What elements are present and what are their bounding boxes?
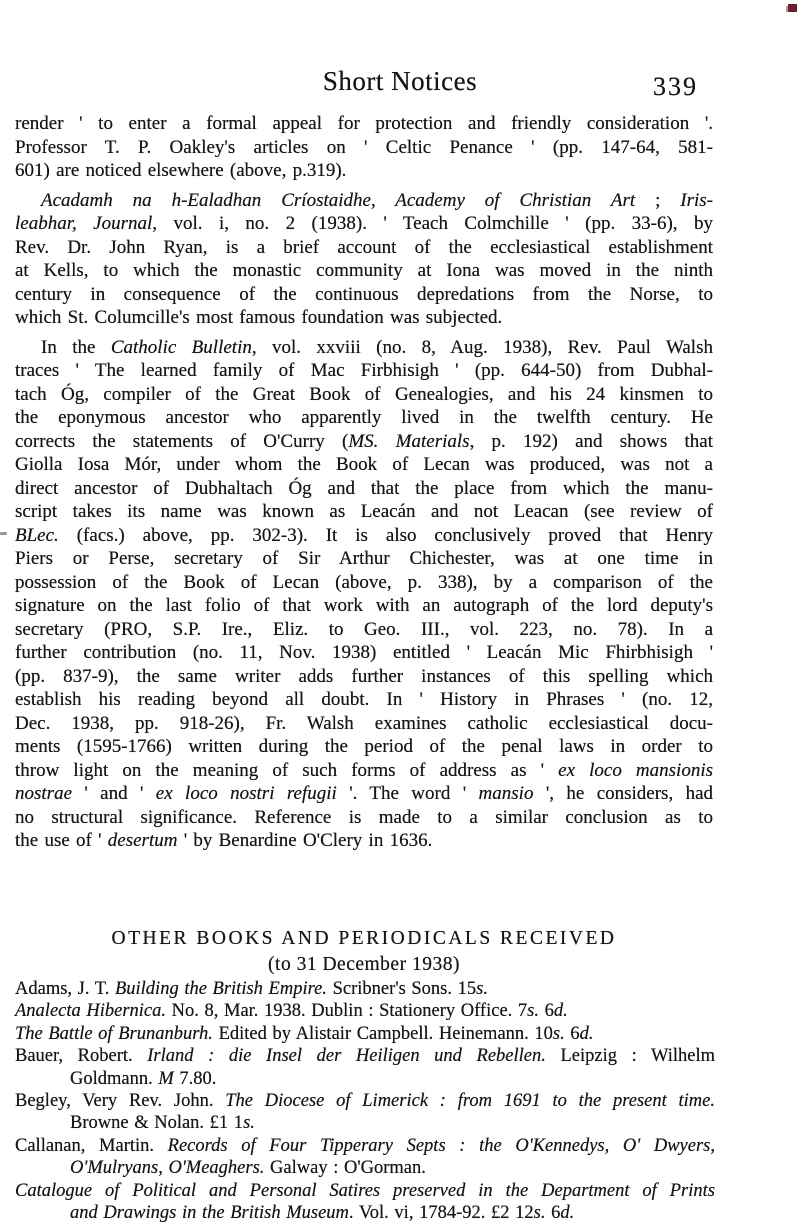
text-segment: . Vol. vi, 1784-92. £2 12 xyxy=(349,1203,534,1223)
text-line: (pp. 837-9), the same writer adds furthe… xyxy=(15,665,713,689)
text-segment: Galway : O'Gorman. xyxy=(264,1158,426,1178)
text-segment: ' and ' xyxy=(72,783,156,804)
text-segment: 601) are noticed elsewhere (above, p.319… xyxy=(15,160,346,181)
text-segment: further contribution (no. 11, Nov. 1938)… xyxy=(15,642,713,663)
text-line: Catalogue of Political and Personal Sati… xyxy=(15,1180,715,1202)
text-line: Browne & Nolan. £1 1s. xyxy=(15,1112,715,1134)
received-subheading: (to 31 December 1938) xyxy=(15,952,713,977)
text-line: Goldmann. M 7.80. xyxy=(15,1068,715,1090)
text-segment: century in consequence of the continuous… xyxy=(15,284,713,305)
text-line: which St. Columcille's most famous found… xyxy=(15,306,713,330)
italic-text-segment: The Diocese of Limerick : from 1691 to t… xyxy=(225,1091,715,1111)
text-segment: ' by Benardine O'Clery in 1636. xyxy=(177,830,432,851)
text-segment: Giolla Iosa Mór, under whom the Book of … xyxy=(15,454,713,475)
text-segment: signature on the last folio of that work… xyxy=(15,595,713,616)
italic-text-segment: nostrae xyxy=(15,783,72,804)
text-segment: no structural significance. Reference is… xyxy=(15,807,713,828)
italic-text-segment: s. xyxy=(534,1203,546,1223)
italic-text-segment: s. xyxy=(527,1001,539,1021)
text-line: Adams, J. T. Building the British Empire… xyxy=(15,978,715,1000)
body-paragraphs: render ' to enter a formal appeal for pr… xyxy=(15,112,713,853)
text-segment: Browne & Nolan. £1 1 xyxy=(70,1113,243,1133)
text-segment: Begley, Very Rev. John. xyxy=(15,1091,225,1111)
text-line: Callanan, Martin. Records of Four Tipper… xyxy=(15,1135,715,1157)
italic-text-segment: s. xyxy=(553,1024,565,1044)
text-line: further contribution (no. 11, Nov. 1938)… xyxy=(15,641,713,665)
paragraph: Acadamh na h-Ealadhan Críostaidhe, Acade… xyxy=(15,189,713,330)
text-line: 601) are noticed elsewhere (above, p.319… xyxy=(15,159,713,183)
text-segment: 6 xyxy=(545,1203,560,1223)
italic-text-segment: mansio xyxy=(479,783,534,804)
text-segment: secretary (PRO, S.P. Ire., Eliz. to Geo.… xyxy=(15,619,713,640)
text-line: Bauer, Robert. Irland : die Insel der He… xyxy=(15,1045,715,1067)
text-line: secretary (PRO, S.P. Ire., Eliz. to Geo.… xyxy=(15,618,713,642)
bib-entry: Begley, Very Rev. John. The Diocese of L… xyxy=(15,1090,715,1135)
text-line: the eponymous ancestor who apparently li… xyxy=(15,406,713,430)
text-line: In the Catholic Bulletin, vol. xxviii (n… xyxy=(15,336,713,360)
text-segment: Piers or Perse, secretary of Sir Arthur … xyxy=(15,548,713,569)
text-line: Giolla Iosa Mór, under whom the Book of … xyxy=(15,453,713,477)
text-segment: traces ' The learned family of Mac Firbh… xyxy=(15,360,713,381)
text-line: direct ancestor of Dubhaltach Óg and tha… xyxy=(15,477,713,501)
text-segment: (facs.) above, pp. 302-3). It is also co… xyxy=(59,525,713,546)
text-line: leabhar, Journal, vol. i, no. 2 (1938). … xyxy=(15,212,713,236)
text-line: at Kells, to which the monastic communit… xyxy=(15,259,713,283)
italic-text-segment: The Battle of Brunanburh. xyxy=(15,1024,213,1044)
bib-entry: Catalogue of Political and Personal Sati… xyxy=(15,1180,715,1225)
italic-text-segment: desertum xyxy=(108,830,178,851)
italic-text-segment: MS. Materials xyxy=(348,431,469,452)
text-line: the use of ' desertum ' by Benardine O'C… xyxy=(15,829,713,853)
text-line: establish his reading beyond all doubt. … xyxy=(15,688,713,712)
text-segment: Callanan, Martin. xyxy=(15,1136,168,1156)
text-segment: No. 8, Mar. 1938. Dublin : Stationery Of… xyxy=(166,1001,527,1021)
text-segment: Scribner's Sons. 15 xyxy=(327,979,476,999)
text-line: Acadamh na h-Ealadhan Críostaidhe, Acade… xyxy=(15,189,713,213)
text-line: no structural significance. Reference is… xyxy=(15,806,713,830)
italic-text-segment: O'Mulryans, O'Meaghers. xyxy=(70,1158,264,1178)
text-segment: Professor T. P. Oakley's articles on ' C… xyxy=(15,137,713,158)
text-line: tach Óg, compiler of the Great Book of G… xyxy=(15,383,713,407)
text-segment: script takes its name was known as Leacá… xyxy=(15,501,713,522)
text-line: and Drawings in the British Museum. Vol.… xyxy=(15,1202,715,1224)
italic-text-segment: Iris- xyxy=(680,190,713,211)
italic-text-segment: BLec. xyxy=(15,525,59,546)
page-number: 339 xyxy=(653,72,698,102)
italic-text-segment: Catholic Bulletin xyxy=(111,337,252,358)
text-segment: ments (1595-1766) written during the per… xyxy=(15,736,713,757)
text-line: O'Mulryans, O'Meaghers. Galway : O'Gorma… xyxy=(15,1157,715,1179)
text-line: Dec. 1938, pp. 918-26), Fr. Walsh examin… xyxy=(15,712,713,736)
text-line: ments (1595-1766) written during the per… xyxy=(15,735,713,759)
italic-text-segment: Analecta Hibernica. xyxy=(15,1001,166,1021)
italic-text-segment: d. xyxy=(560,1203,574,1223)
italic-text-segment: Acadamh na h-Ealadhan Críostaidhe, Acade… xyxy=(41,190,635,211)
text-segment: Adams, J. T. xyxy=(15,979,115,999)
text-segment: Rev. Dr. John Ryan, is a brief account o… xyxy=(15,237,713,258)
text-segment: Goldmann. xyxy=(70,1069,158,1089)
text-segment: (pp. 837-9), the same writer adds furthe… xyxy=(15,666,713,687)
received-section-heading: OTHER BOOKS AND PERIODICALS RECEIVED (to… xyxy=(15,926,713,977)
italic-text-segment: ex loco nostri refugii xyxy=(156,783,337,804)
text-segment: ; xyxy=(635,190,680,211)
text-segment: which St. Columcille's most famous found… xyxy=(15,307,502,328)
text-line: Analecta Hibernica. No. 8, Mar. 1938. Du… xyxy=(15,1000,715,1022)
text-segment: at Kells, to which the monastic communit… xyxy=(15,260,713,281)
text-segment: 6 xyxy=(539,1001,554,1021)
italic-text-segment: Records of Four Tipperary Septs : the O'… xyxy=(168,1136,715,1156)
text-segment: Edited by Alistair Campbell. Heinemann. … xyxy=(213,1024,553,1044)
text-segment: corrects the statements of O'Curry ( xyxy=(15,431,348,452)
text-segment: 7.80. xyxy=(174,1069,217,1089)
text-segment: Bauer, Robert. xyxy=(15,1046,147,1066)
text-segment: '. The word ' xyxy=(337,783,479,804)
text-segment: , vol. xxviii (no. 8, Aug. 1938), Rev. P… xyxy=(252,337,713,358)
text-segment: the eponymous ancestor who apparently li… xyxy=(15,407,713,428)
scanned-journal-page: Short Notices 339 render ' to enter a fo… xyxy=(0,0,800,1226)
italic-text-segment: s. xyxy=(476,979,488,999)
text-line: throw light on the meaning of such forms… xyxy=(15,759,713,783)
text-segment: render ' to enter a formal appeal for pr… xyxy=(15,113,713,134)
text-segment: establish his reading beyond all doubt. … xyxy=(15,689,713,710)
bibliography: Adams, J. T. Building the British Empire… xyxy=(15,978,715,1224)
text-line: Piers or Perse, secretary of Sir Arthur … xyxy=(15,547,713,571)
bib-entry: The Battle of Brunanburh. Edited by Alis… xyxy=(15,1023,715,1045)
text-segment: direct ancestor of Dubhaltach Óg and tha… xyxy=(15,478,713,499)
text-line: Rev. Dr. John Ryan, is a brief account o… xyxy=(15,236,713,260)
text-line: nostrae ' and ' ex loco nostri refugii '… xyxy=(15,782,713,806)
text-segment: , p. 192) and shows that xyxy=(470,431,713,452)
italic-text-segment: M xyxy=(158,1069,173,1089)
text-line: signature on the last folio of that work… xyxy=(15,594,713,618)
italic-text-segment: d. xyxy=(554,1001,568,1021)
text-line: Professor T. P. Oakley's articles on ' C… xyxy=(15,136,713,160)
italic-text-segment: ex loco mansionis xyxy=(558,760,713,781)
text-segment: throw light on the meaning of such forms… xyxy=(15,760,558,781)
text-line: traces ' The learned family of Mac Firbh… xyxy=(15,359,713,383)
text-line: possession of the Book of Lecan (above, … xyxy=(15,571,713,595)
paragraph: render ' to enter a formal appeal for pr… xyxy=(15,112,713,183)
text-segment: , vol. i, no. 2 (1938). ' Teach Colmchil… xyxy=(152,213,713,234)
text-segment: Leipzig : Wilhelm xyxy=(546,1046,715,1066)
italic-text-segment: leabhar, Journal xyxy=(15,213,152,234)
bib-entry: Callanan, Martin. Records of Four Tipper… xyxy=(15,1135,715,1180)
bib-entry: Analecta Hibernica. No. 8, Mar. 1938. Du… xyxy=(15,1000,715,1022)
italic-text-segment: and Drawings in the British Museum xyxy=(70,1203,349,1223)
scan-corner-mark xyxy=(788,4,797,12)
text-line: BLec. (facs.) above, pp. 302-3). It is a… xyxy=(15,524,713,548)
bib-entry: Bauer, Robert. Irland : die Insel der He… xyxy=(15,1045,715,1090)
italic-text-segment: d. xyxy=(580,1024,594,1044)
text-line: century in consequence of the continuous… xyxy=(15,283,713,307)
text-line: script takes its name was known as Leacá… xyxy=(15,500,713,524)
italic-text-segment: Irland : die Insel der Heiligen und Rebe… xyxy=(147,1046,546,1066)
received-heading: OTHER BOOKS AND PERIODICALS RECEIVED xyxy=(15,926,713,952)
italic-text-segment: Catalogue of Political and Personal Sati… xyxy=(15,1181,715,1201)
text-line: corrects the statements of O'Curry (MS. … xyxy=(15,430,713,454)
bib-entry: Adams, J. T. Building the British Empire… xyxy=(15,978,715,1000)
text-line: render ' to enter a formal appeal for pr… xyxy=(15,112,713,136)
text-segment: ', he considers, had xyxy=(533,783,713,804)
text-segment: In the xyxy=(41,337,111,358)
italic-text-segment: Building the British Empire. xyxy=(115,979,327,999)
text-segment: tach Óg, compiler of the Great Book of G… xyxy=(15,384,713,405)
scan-margin-dash xyxy=(0,532,7,535)
text-segment: possession of the Book of Lecan (above, … xyxy=(15,572,713,593)
text-line: Begley, Very Rev. John. The Diocese of L… xyxy=(15,1090,715,1112)
text-segment: Dec. 1938, pp. 918-26), Fr. Walsh examin… xyxy=(15,713,713,734)
paragraph: In the Catholic Bulletin, vol. xxviii (n… xyxy=(15,336,713,853)
italic-text-segment: s. xyxy=(243,1113,255,1133)
text-segment: the use of ' xyxy=(15,830,108,851)
text-line: The Battle of Brunanburh. Edited by Alis… xyxy=(15,1023,715,1045)
text-segment: 6 xyxy=(565,1024,580,1044)
